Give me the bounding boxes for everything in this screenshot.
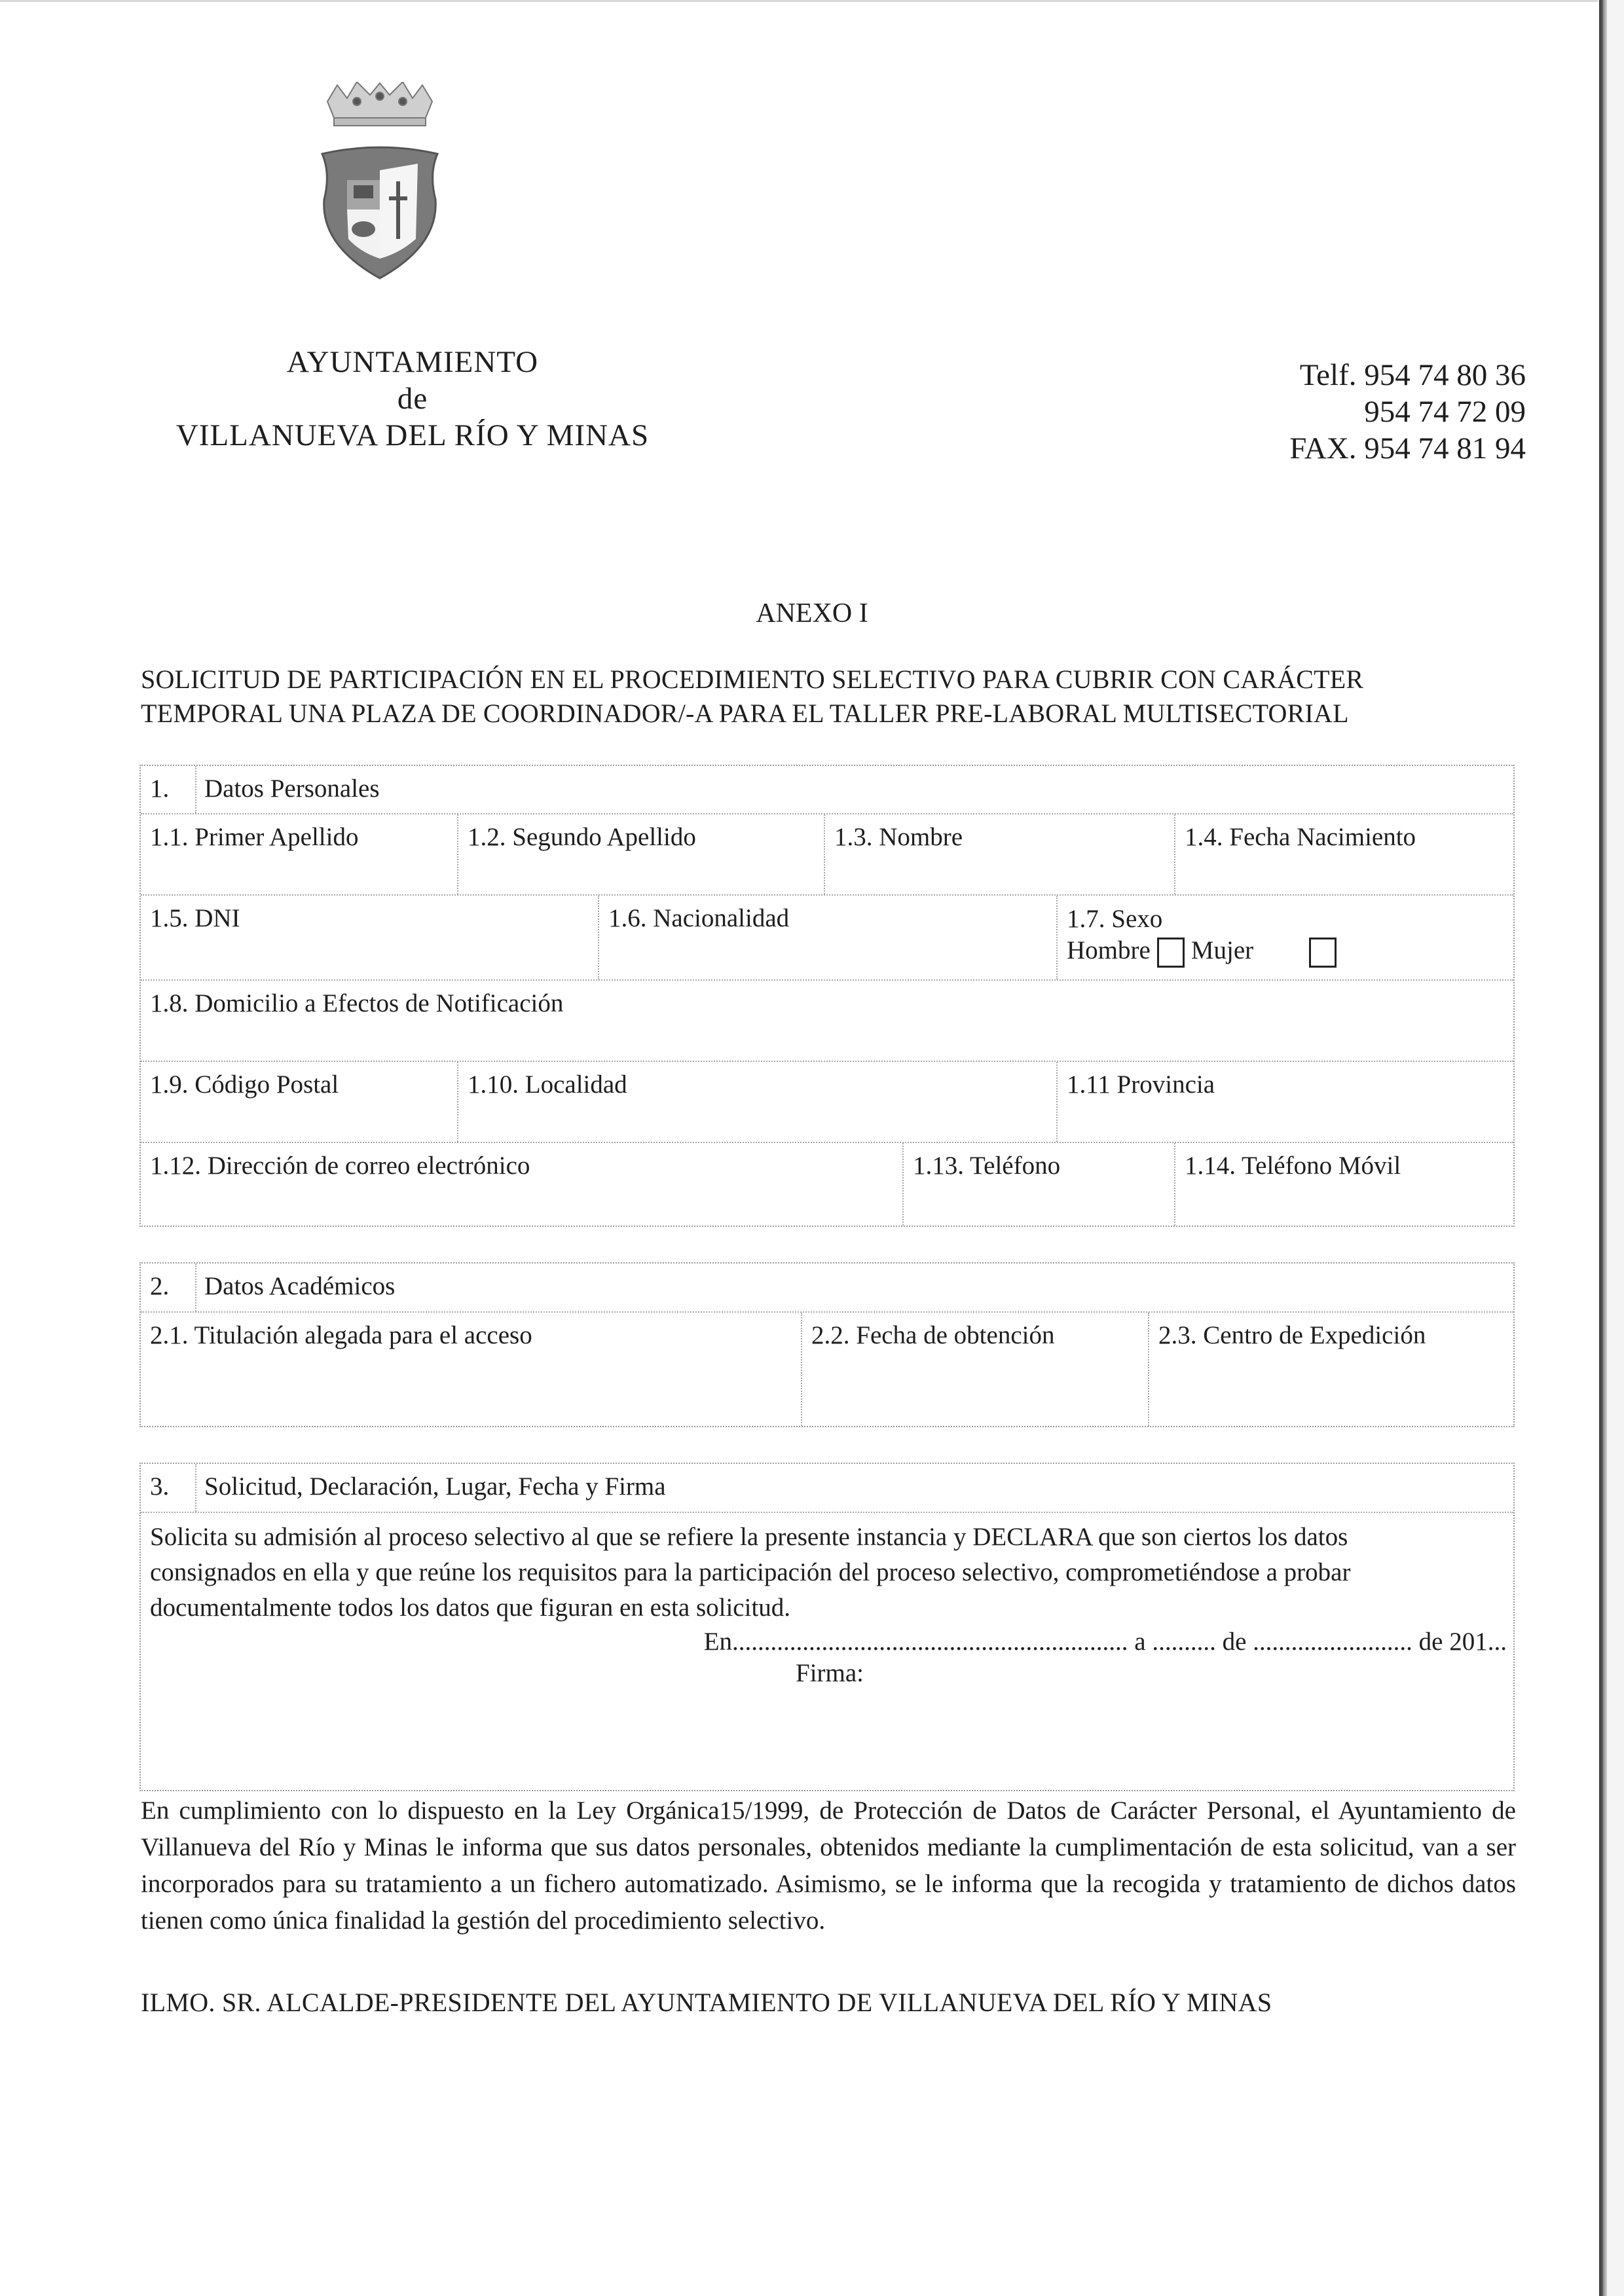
section-title: Datos Académicos — [196, 1264, 395, 1311]
field-provincia[interactable]: 1.11 Provincia — [1058, 1062, 1513, 1142]
field-label: 1.7. Sexo — [1067, 903, 1513, 935]
section-number: 2. — [141, 1264, 196, 1311]
field-label: 1.6. Nacionalidad — [608, 904, 789, 932]
field-label: 1.3. Nombre — [834, 823, 963, 851]
field-label: 1.10. Localidad — [468, 1070, 627, 1099]
section-declaration: 3. Solicitud, Declaración, Lugar, Fecha … — [139, 1463, 1515, 1791]
field-codigo-postal[interactable]: 1.9. Código Postal — [141, 1062, 458, 1142]
field-label: 1.4. Fecha Nacimiento — [1185, 823, 1416, 851]
field-domicilio[interactable]: 1.8. Domicilio a Efectos de Notificación — [141, 981, 1513, 1061]
signature-label: Firma: — [141, 1658, 1513, 1688]
fax-line: FAX. 954 74 81 94 — [1192, 430, 1526, 467]
section-title: Solicitud, Declaración, Lugar, Fecha y F… — [196, 1464, 666, 1512]
coat-of-arms-icon — [308, 82, 452, 285]
declaration-line: consignados en ella y que reúne los requ… — [150, 1555, 1504, 1590]
contact-phones: Telf. 954 74 80 36 954 74 72 09 FAX. 954… — [1192, 357, 1526, 467]
field-label: 1.9. Código Postal — [150, 1070, 339, 1099]
phone-line: Telf. 954 74 80 36 — [1192, 357, 1526, 393]
scan-margin — [1607, 0, 1624, 2296]
title-line: TEMPORAL UNA PLAZA DE COORDINADOR/-A PAR… — [141, 697, 1529, 731]
data-protection-notice: En cumplimiento con lo dispuesto en la L… — [141, 1793, 1516, 1939]
field-label: 2.2. Fecha de obtención — [811, 1321, 1054, 1349]
field-nombre[interactable]: 1.3. Nombre — [825, 814, 1175, 894]
field-movil[interactable]: 1.14. Teléfono Móvil — [1175, 1143, 1513, 1226]
declaration-line: Solicita su admisión al proceso selectiv… — [150, 1520, 1504, 1555]
scan-page-edge — [1599, 0, 1607, 2296]
field-label: 1.11 Provincia — [1067, 1070, 1215, 1099]
field-label: 1.13. Teléfono — [913, 1152, 1060, 1180]
signature-area[interactable] — [141, 1688, 1513, 1787]
org-line: de — [151, 380, 674, 417]
field-label: 1.5. DNI — [150, 904, 240, 932]
field-label: 2.3. Centro de Expedición — [1158, 1321, 1426, 1349]
field-fecha-nacimiento[interactable]: 1.4. Fecha Nacimiento — [1175, 814, 1513, 894]
declaration-line: documentalmente todos los datos que figu… — [150, 1590, 1504, 1626]
checkbox-mujer[interactable] — [1309, 938, 1337, 968]
declaration-text: Solicita su admisión al proceso selectiv… — [141, 1513, 1513, 1626]
field-label: 1.1. Primer Apellido — [150, 823, 358, 851]
declaration-body: Solicita su admisión al proceso selectiv… — [141, 1513, 1513, 1787]
title-line: SOLICITUD DE PARTICIPACIÓN EN EL PROCEDI… — [141, 663, 1529, 697]
section-number: 1. — [141, 766, 196, 813]
org-line: VILLANUEVA DEL RÍO Y MINAS — [151, 417, 674, 454]
field-sexo: 1.7. Sexo HombreMujer — [1058, 896, 1513, 979]
phone-line: 954 74 72 09 — [1192, 393, 1526, 430]
checkbox-hombre[interactable] — [1157, 938, 1185, 968]
field-dni[interactable]: 1.5. DNI — [141, 896, 599, 979]
field-primer-apellido[interactable]: 1.1. Primer Apellido — [141, 814, 458, 894]
field-centro-expedicion[interactable]: 2.3. Centro de Expedición — [1149, 1313, 1513, 1426]
field-localidad[interactable]: 1.10. Localidad — [458, 1062, 1058, 1142]
field-label: 1.2. Segundo Apellido — [468, 823, 696, 851]
field-segundo-apellido[interactable]: 1.2. Segundo Apellido — [458, 814, 825, 894]
section-academic-data: 2. Datos Académicos 2.1. Titulación aleg… — [139, 1262, 1515, 1427]
field-nacionalidad[interactable]: 1.6. Nacionalidad — [599, 896, 1058, 979]
place-date-line[interactable]: En......................................… — [141, 1626, 1513, 1658]
addressee: ILMO. SR. ALCALDE-PRESIDENTE DEL AYUNTAM… — [141, 1987, 1272, 2018]
field-label: 1.14. Teléfono Móvil — [1185, 1152, 1401, 1180]
field-fecha-obtencion[interactable]: 2.2. Fecha de obtención — [802, 1313, 1149, 1426]
annex-title: ANEXO I — [0, 598, 1624, 629]
section-title: Datos Personales — [196, 766, 380, 813]
scan-top-edge — [0, 0, 1598, 2]
sexo-hombre-label: Hombre — [1067, 936, 1151, 964]
organization-name: AYUNTAMIENTO de VILLANUEVA DEL RÍO Y MIN… — [151, 344, 674, 454]
document-title: SOLICITUD DE PARTICIPACIÓN EN EL PROCEDI… — [141, 663, 1529, 731]
org-line: AYUNTAMIENTO — [151, 344, 674, 380]
field-label: 2.1. Titulación alegada para el acceso — [150, 1321, 532, 1349]
field-titulacion[interactable]: 2.1. Titulación alegada para el acceso — [141, 1313, 802, 1426]
section-personal-data: 1. Datos Personales 1.1. Primer Apellido… — [139, 765, 1515, 1227]
field-label: 1.12. Dirección de correo electrónico — [150, 1152, 530, 1180]
field-telefono[interactable]: 1.13. Teléfono — [904, 1143, 1175, 1226]
sexo-mujer-label: Mujer — [1191, 936, 1253, 964]
field-label: 1.8. Domicilio a Efectos de Notificación — [150, 989, 563, 1017]
section-number: 3. — [141, 1464, 196, 1512]
field-email[interactable]: 1.12. Dirección de correo electrónico — [141, 1143, 904, 1226]
